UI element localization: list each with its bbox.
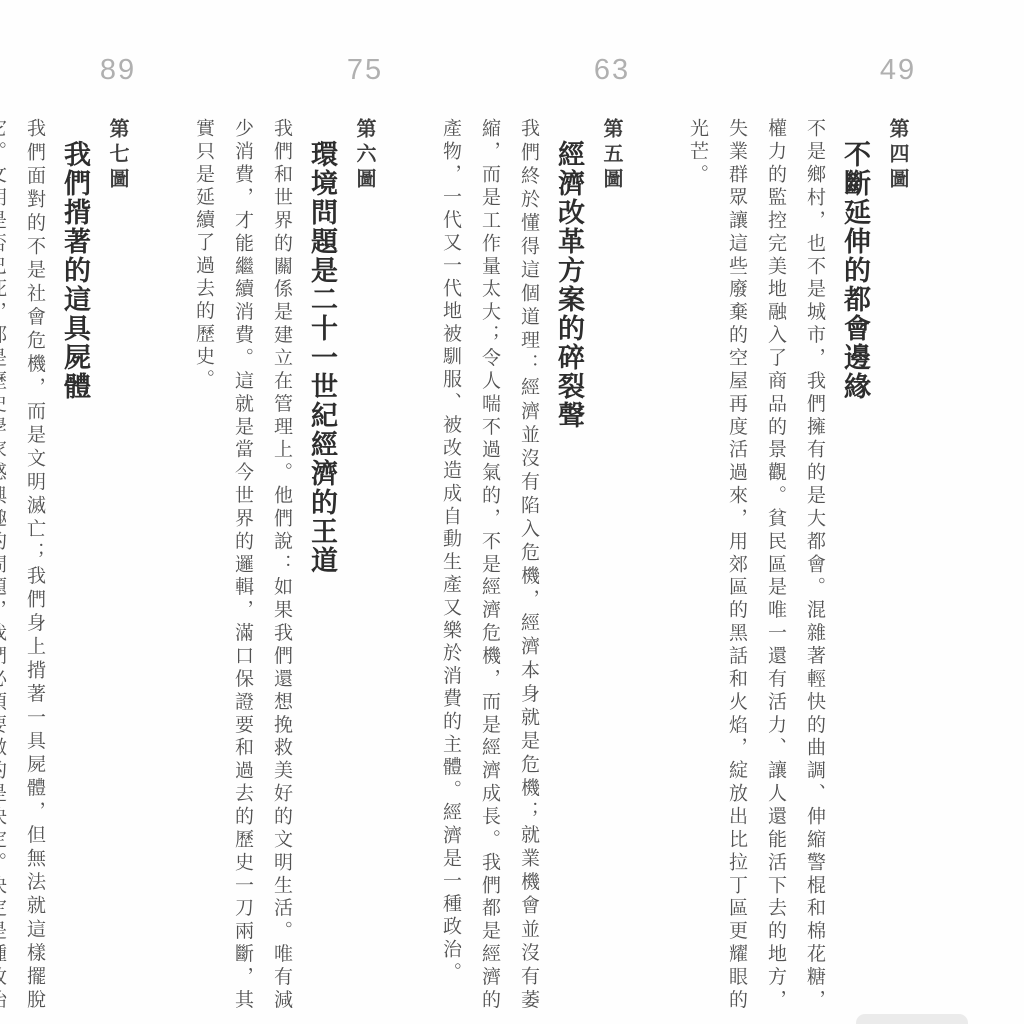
section-body: 我們和世界的關係是建立在管理上。他們說：如果我們還想挽救美好的文明生活。唯有減少… <box>184 118 301 1012</box>
section-body: 我們終於懂得這個道理：經濟並沒有陷入危機，經濟本身就是危機；就業機會並沒有萎縮，… <box>431 118 548 1012</box>
toc-section-6: 75 第六圖 環境問題是二十一世紀經濟的王道 我們和世界的關係是建立在管理上。他… <box>184 118 385 1012</box>
section-title-column: 第四圖 不斷延伸的都會邊緣 <box>834 118 918 1012</box>
section-title: 不斷延伸的都會邊緣 <box>840 140 870 401</box>
section-header: 第五圖 <box>600 118 622 193</box>
table-of-contents: 49 第四圖 不斷延伸的都會邊緣 不是鄉村，也不是城市，我們擁有的是大都會。混雜… <box>0 118 918 1012</box>
section-title-column: 第六圖 環境問題是二十一世紀經濟的王道 <box>301 118 385 1012</box>
section-header: 第七圖 <box>106 118 128 193</box>
toc-section-7: 89 第七圖 我們揹著的這具屍體 我們面對的不是社會危機，而是文明滅亡；我們身上… <box>0 118 138 1012</box>
page-number: 75 <box>337 54 393 87</box>
section-title-column: 第七圖 我們揹著的這具屍體 <box>54 118 138 1012</box>
book-page: 49 第四圖 不斷延伸的都會邊緣 不是鄉村，也不是城市，我們擁有的是大都會。混雜… <box>0 0 1024 1024</box>
section-title: 我們揹著的這具屍體 <box>60 140 90 401</box>
section-header: 第六圖 <box>353 118 375 193</box>
section-body: 不是鄉村，也不是城市，我們擁有的是大都會。混雜著輕快的曲調、伸縮警棍和棉花糖，權… <box>678 118 834 1012</box>
section-title-column: 第五圖 經濟改革方案的碎裂聲 <box>548 118 632 1012</box>
section-header: 第四圖 <box>886 118 908 193</box>
toc-section-5: 63 第五圖 經濟改革方案的碎裂聲 我們終於懂得這個道理：經濟並沒有陷入危機，經… <box>431 118 632 1012</box>
section-title: 經濟改革方案的碎裂聲 <box>554 140 584 430</box>
toc-section-4: 49 第四圖 不斷延伸的都會邊緣 不是鄉村，也不是城市，我們擁有的是大都會。混雜… <box>678 118 918 1012</box>
bottom-sheet-handle[interactable] <box>856 1014 968 1024</box>
page-number: 49 <box>870 54 926 87</box>
page-number: 89 <box>90 54 146 87</box>
page-number: 63 <box>584 54 640 87</box>
section-body: 我們面對的不是社會危機，而是文明滅亡；我們身上揹著一具屍體，但無法就這樣擺脫它。… <box>0 118 54 1012</box>
section-title: 環境問題是二十一世紀經濟的王道 <box>307 140 337 575</box>
